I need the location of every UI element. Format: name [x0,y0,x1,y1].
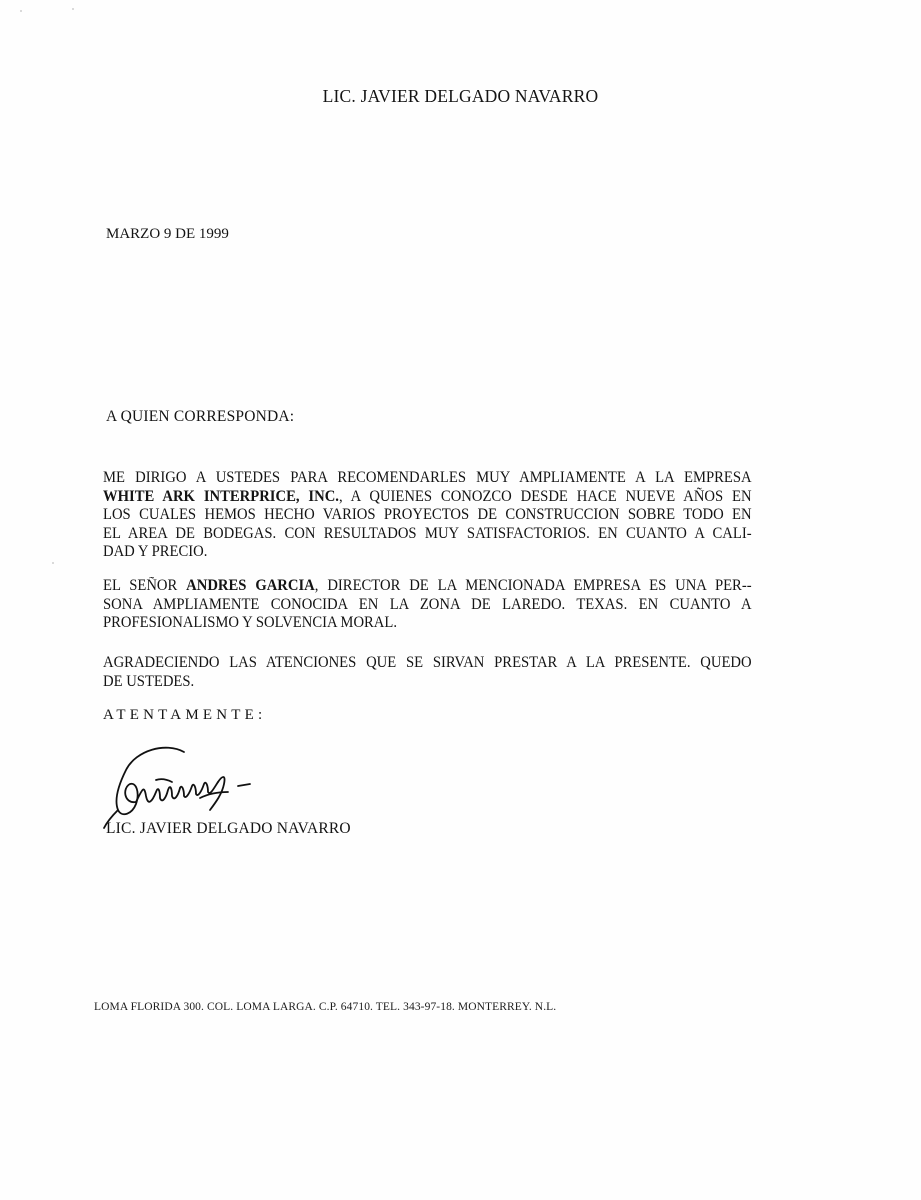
scan-speck [72,8,74,10]
paragraph-line: EL AREA DE BODEGAS. CON RESULTADOS MUY S… [103,525,752,544]
paragraph-line: PROFESIONALISMO Y SOLVENCIA MORAL. [103,614,752,633]
letter-date: MARZO 9 DE 1999 [106,226,229,243]
footer-address: LOMA FLORIDA 300. COL. LOMA LARGA. C.P. … [94,1001,556,1013]
letterhead-name: LIC. JAVIER DELGADO NAVARRO [0,86,921,107]
paragraph-line: AGRADECIENDO LAS ATENCIONES QUE SE SIRVA… [103,654,752,673]
paragraph-line: DE USTEDES. [103,673,752,692]
paragraph-recommendation: ME DIRIGO A USTEDES PARA RECOMENDARLES M… [103,469,714,562]
company-name: WHITE ARK INTERPRICE, INC. [103,488,339,505]
paragraph-line: LOS CUALES HEMOS HECHO VARIOS PROYECTOS … [103,506,752,525]
signer-name: LIC. JAVIER DELGADO NAVARRO [106,820,351,838]
paragraph-director: EL SEÑOR ANDRES GARCIA, DIRECTOR DE LA M… [103,577,714,633]
paragraph-text: , A QUIENES CONOZCO DESDE HACE NUEVE AÑO… [339,488,752,505]
paragraph-text: EL SEÑOR [103,577,186,594]
paragraph-text: , DIRECTOR DE LA MENCIONADA EMPRESA ES U… [315,577,752,594]
paragraph-line: SONA AMPLIAMENTE CONOCIDA EN LA ZONA DE … [103,596,752,615]
director-name: ANDRES GARCIA [186,577,315,594]
paragraph-line: ME DIRIGO A USTEDES PARA RECOMENDARLES M… [103,469,752,488]
scan-speck [20,10,22,12]
paragraph-line: EL SEÑOR ANDRES GARCIA, DIRECTOR DE LA M… [103,577,752,596]
closing: ATENTAMENTE: [103,707,266,724]
paragraph-thanks: AGRADECIENDO LAS ATENCIONES QUE SE SIRVA… [103,654,714,691]
handwritten-signature-icon [96,740,296,830]
letter-page: LIC. JAVIER DELGADO NAVARRO MARZO 9 DE 1… [0,0,921,1200]
salutation: A QUIEN CORRESPONDA: [106,408,294,426]
scan-speck [52,562,54,564]
paragraph-line: DAD Y PRECIO. [103,543,752,562]
paragraph-line: WHITE ARK INTERPRICE, INC., A QUIENES CO… [103,488,752,507]
